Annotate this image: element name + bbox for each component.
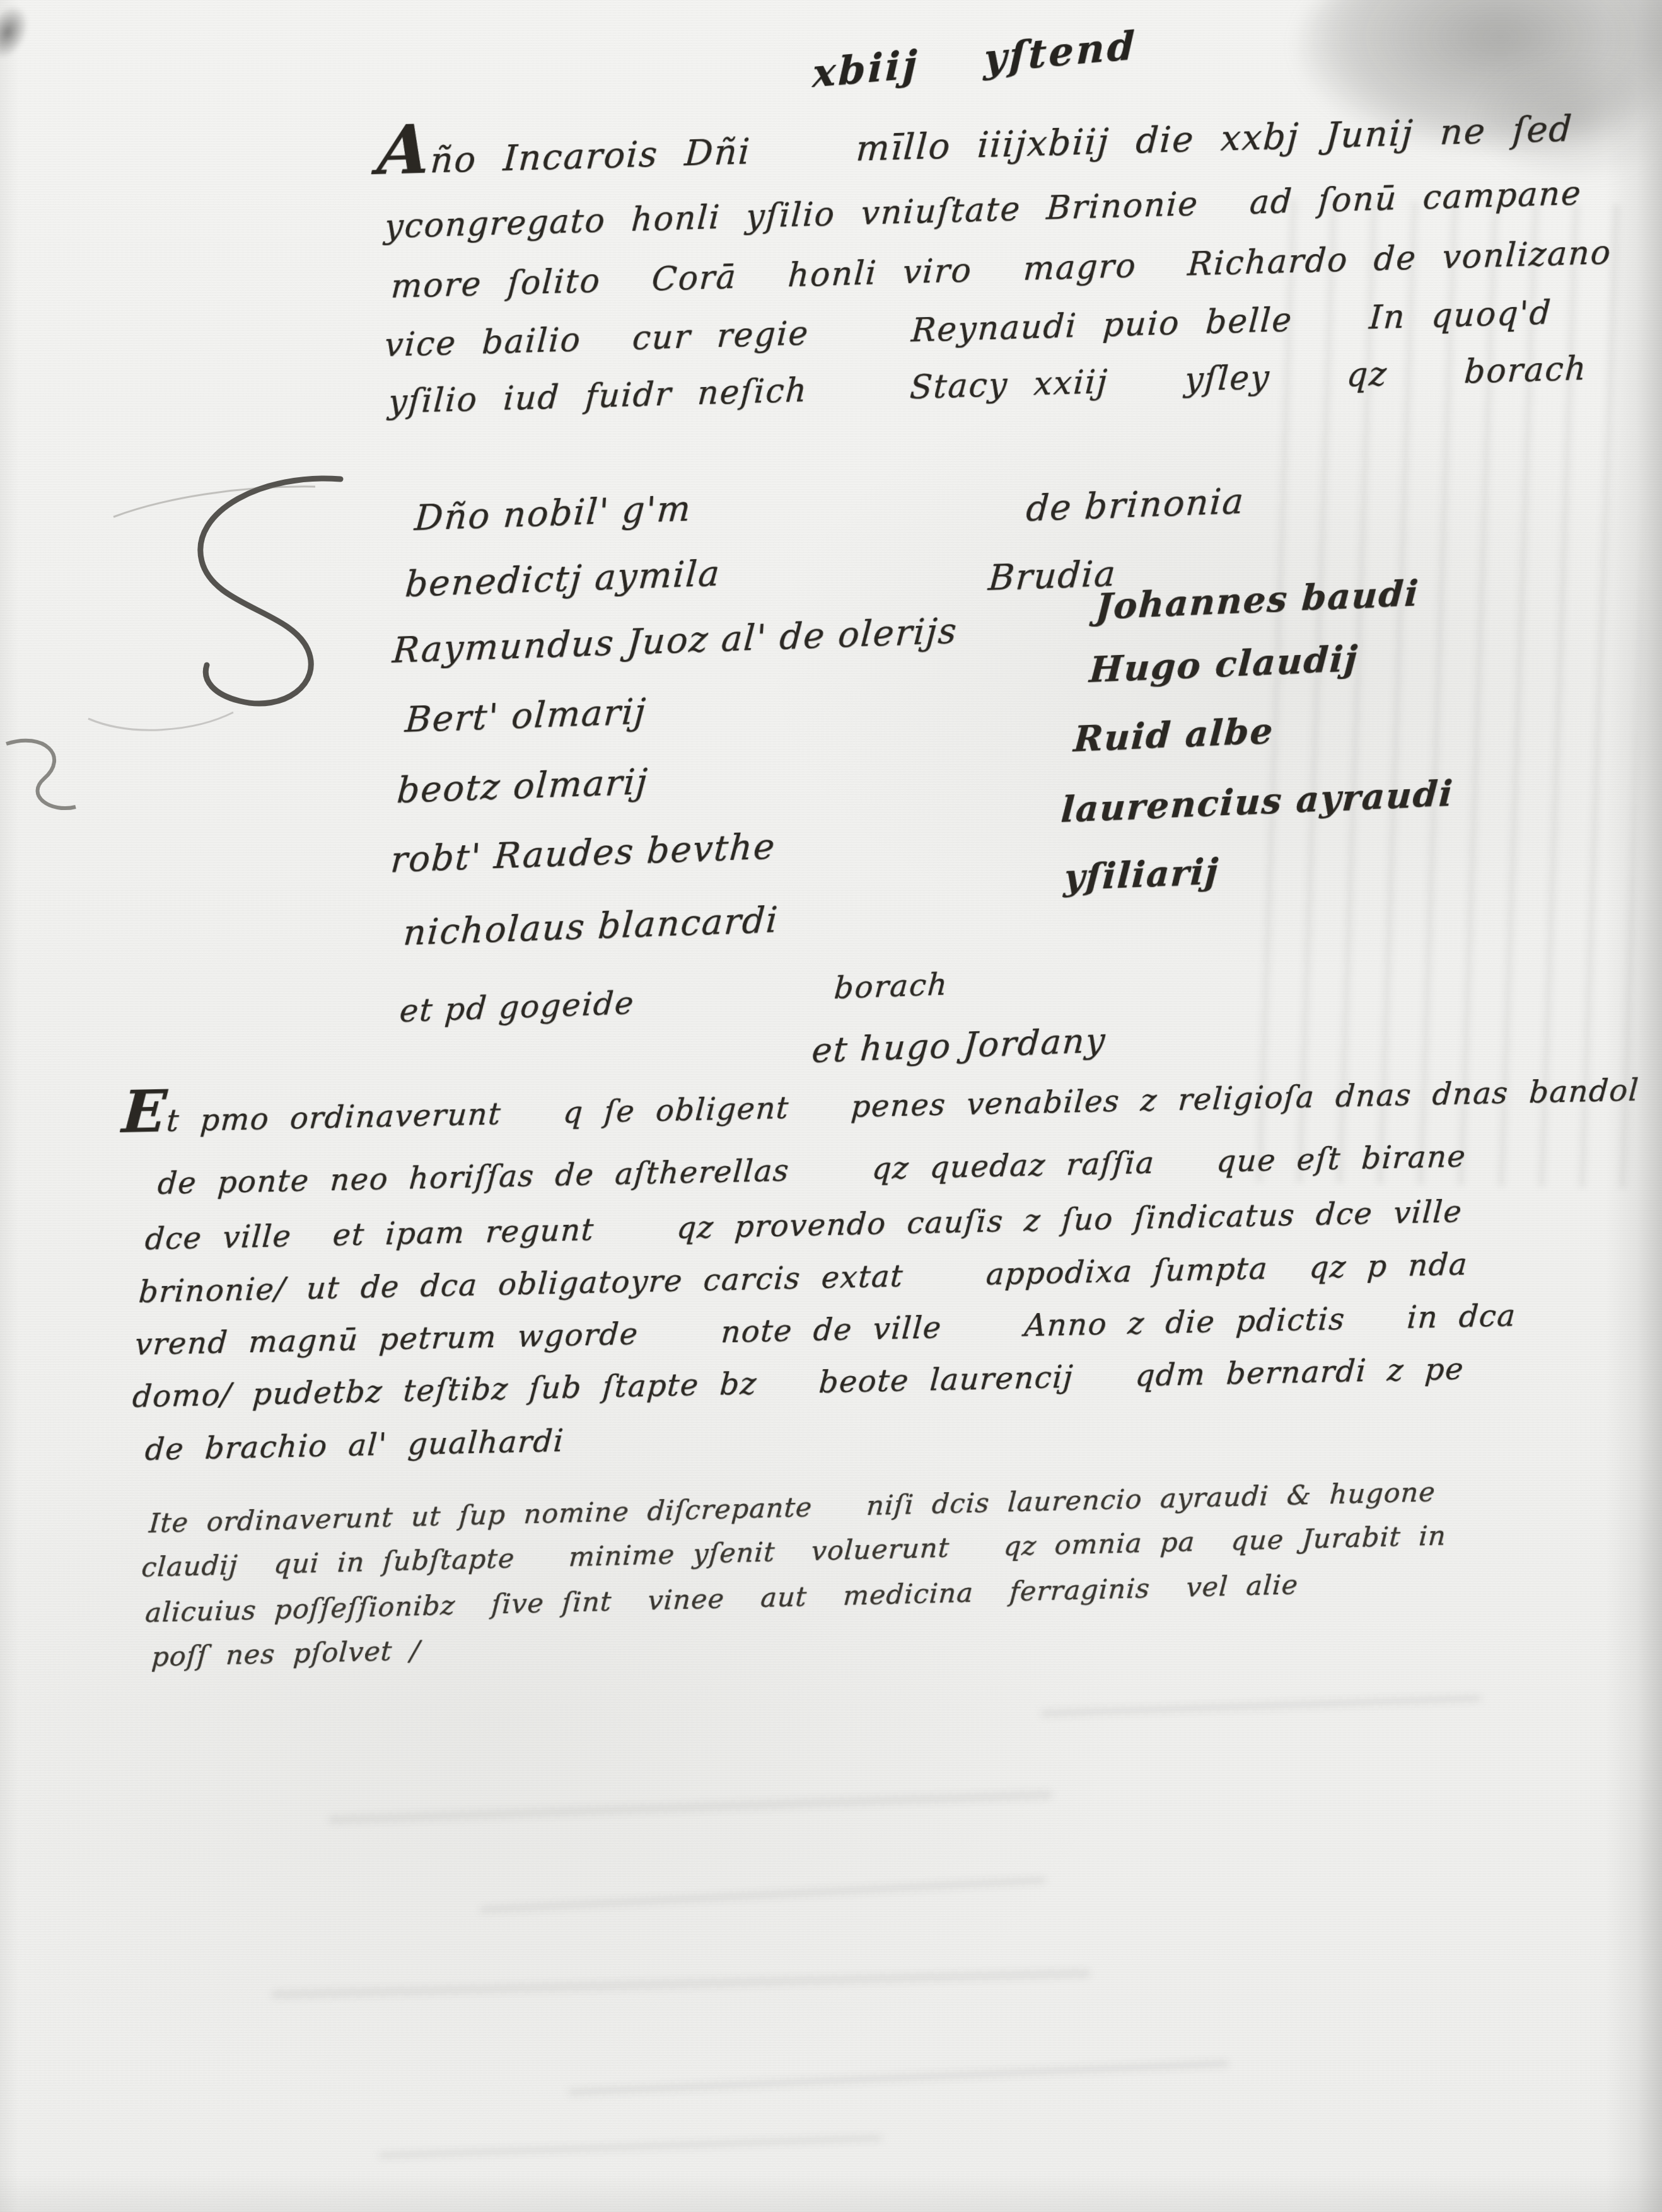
manuscript-line: dce ville et ipam regunt qz provendo cau… [144,1194,1463,1257]
councillor-name: Ruid albe [1072,710,1275,761]
councillor-name-suffix: de brinonia [1025,481,1246,530]
manuscript-line: Año Incarois Dñi mīllo iiijxbiij die xxb… [376,108,1574,183]
councillor-name: Hugo claudij [1088,638,1359,691]
councillor-name: robt' Raudes bevthe [389,826,777,881]
manuscript-line: de brachio al' gualhardi [144,1423,565,1468]
interjection-left: et pd gogeide [398,985,636,1029]
councillor-name: Johannes baudi [1095,572,1421,628]
manuscript-scan-page: xbiij yſtend Año Incarois Dñi mīllo iiij… [0,0,1662,2212]
manuscript-line: de ponte neo horiſſas de aſtherellas qz … [156,1139,1467,1202]
councillor-name: laurencius ayraudi [1060,773,1455,831]
bleedthrough-mark [1040,1694,1482,1717]
bleedthrough-mark [479,1876,1046,1913]
manuscript-line: poſſ nes pſolvet / [151,1635,421,1674]
manuscript-line: more ſolito Corā honli viro magro Richar… [390,234,1612,306]
bleedthrough-mark [378,2134,883,2159]
interjection-right-top: borach [833,967,950,1006]
manuscript-line: yſilio iud fuidr neſich Stacy xxiij yſle… [387,350,1588,421]
corner-ink-mark [0,0,37,66]
councillor-name: nicholaus blancardi [402,900,780,954]
manuscript-line: ycongregato honli yſilio vniuſtate Brino… [383,175,1583,246]
bleedthrough-mark [328,1790,1053,1824]
bleedthrough-mark [567,2059,1229,2096]
manuscript-line: vrend magnū petrum wgorde note de ville … [134,1298,1517,1362]
manuscript-line: Et pmo ordinaverunt q ſe obligent penes … [120,1073,1640,1140]
bleedthrough-column [1240,199,1647,1189]
manuscript-line: domo/ pudetbz teſtibz ſub ſtapte bz beot… [131,1352,1465,1415]
manuscript-line: vice bailio cur regie Reynaudi puio bell… [383,294,1552,364]
interjection-right-bottom: et hugo Jordany [811,1021,1108,1070]
councillor-name: yſiliarij [1063,851,1221,900]
margin-scribble [0,725,88,826]
councillor-name: Bert' olmarij [404,692,648,741]
councillor-name: beotz olmarij [395,761,649,811]
bleedthrough-mark [271,1969,1091,1999]
folio-heading: xbiij yſtend [811,22,1137,96]
manuscript-line: brinonie/ ut de dca obligatoyre carcis e… [137,1247,1469,1310]
